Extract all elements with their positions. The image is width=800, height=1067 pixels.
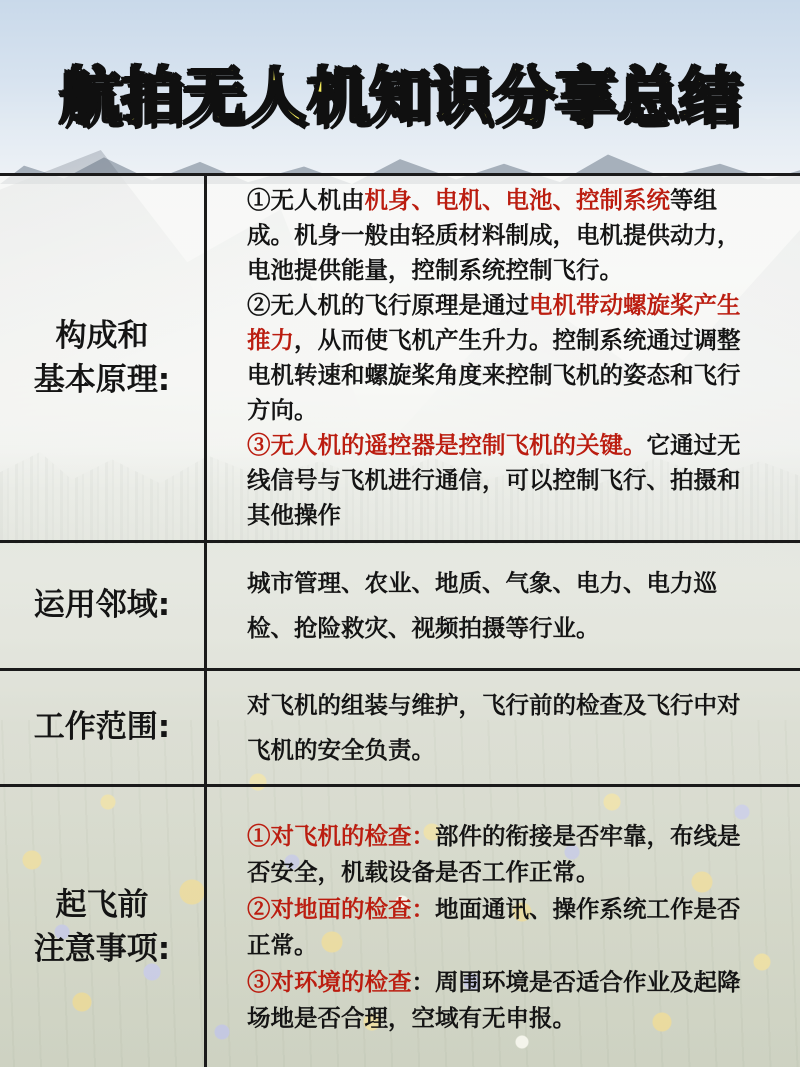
row-content-composition-principle: ①无人机由机身、电机、电池、控制系统等组成。机身一般由轻质材料制成，电机提供动力… <box>207 176 800 540</box>
text-segment-black: ，从而使飞机产生升力。控制系统通过调整电机转速和螺旋桨角度来控制飞机的姿态和飞行… <box>247 326 741 424</box>
content-paragraph: ②无人机的飞行原理是通过电机带动螺旋桨产生推力，从而使飞机产生升力。控制系统通过… <box>247 288 752 428</box>
row-content-preflight-notes: ①对飞机的检查：部件的衔接是否牢靠，布线是否安全，机载设备是否工作正常。②对地面… <box>207 787 800 1067</box>
text-segment-black: ①无人机由 <box>247 186 365 214</box>
label-line: 运用邻域: <box>34 583 170 627</box>
infographic-page: 航拍无人机知识分享总结 构成和基本原理:①无人机由机身、电机、电池、控制系统等组… <box>0 0 800 1067</box>
label-line: 工作范围: <box>34 705 170 749</box>
table-row-preflight-notes: 起飞前注意事项:①对飞机的检查：部件的衔接是否牢靠，布线是否安全，机载设备是否工… <box>0 784 800 1067</box>
content-paragraph: ③对环境的检查：周围环境是否适合作业及起降场地是否合理，空域有无申报。 <box>247 964 752 1037</box>
table-row-work-scope: 工作范围:对飞机的组装与维护，飞行前的检查及飞行中对飞机的安全负责。 <box>0 668 800 784</box>
text-segment-red: ③无人机的遥控器是控制飞机的关键。 <box>247 431 647 459</box>
text-segment-red: ②对地面的检查： <box>247 895 435 923</box>
content-paragraph: 对飞机的组装与维护，飞行前的检查及飞行中对飞机的安全负责。 <box>247 683 752 773</box>
content-paragraph: ③无人机的遥控器是控制飞机的关键。它通过无线信号与飞机进行通信，可以控制飞行、拍… <box>247 428 752 533</box>
label-line: 注意事项: <box>34 927 170 971</box>
text-segment-black: 对飞机的组装与维护，飞行前的检查及飞行中对飞机的安全负责。 <box>247 691 741 764</box>
label-line: 起飞前 <box>56 883 149 927</box>
content-paragraph: ①对飞机的检查：部件的衔接是否牢靠，布线是否安全，机载设备是否工作正常。 <box>247 818 752 891</box>
content-paragraph: 城市管理、农业、地质、气象、电力、电力巡检、抢险救灾、视频拍摄等行业。 <box>247 561 752 651</box>
label-line: 基本原理: <box>34 358 170 402</box>
page-title: 航拍无人机知识分享总结 <box>0 48 800 135</box>
table-row-application-fields: 运用邻域:城市管理、农业、地质、气象、电力、电力巡检、抢险救灾、视频拍摄等行业。 <box>0 540 800 668</box>
row-label-work-scope: 工作范围: <box>0 671 207 784</box>
info-table: 构成和基本原理:①无人机由机身、电机、电池、控制系统等组成。机身一般由轻质材料制… <box>0 173 800 1067</box>
content-paragraph: ②对地面的检查：地面通讯、操作系统工作是否正常。 <box>247 891 752 964</box>
text-segment-black: 城市管理、农业、地质、气象、电力、电力巡检、抢险救灾、视频拍摄等行业。 <box>247 569 717 642</box>
text-segment-black: ②无人机的飞行原理是通过 <box>247 291 529 319</box>
label-line: 构成和 <box>56 314 149 358</box>
row-label-composition-principle: 构成和基本原理: <box>0 176 207 540</box>
text-segment-red: ③对环境的检查 <box>247 968 412 996</box>
text-segment-red: ①对飞机的检查： <box>247 822 435 850</box>
row-label-application-fields: 运用邻域: <box>0 543 207 668</box>
table-row-composition-principle: 构成和基本原理:①无人机由机身、电机、电池、控制系统等组成。机身一般由轻质材料制… <box>0 176 800 540</box>
row-content-application-fields: 城市管理、农业、地质、气象、电力、电力巡检、抢险救灾、视频拍摄等行业。 <box>207 543 800 668</box>
text-segment-red: 机身、电机、电池、控制系统 <box>365 186 671 214</box>
row-content-work-scope: 对飞机的组装与维护，飞行前的检查及飞行中对飞机的安全负责。 <box>207 671 800 784</box>
row-label-preflight-notes: 起飞前注意事项: <box>0 787 207 1067</box>
content-paragraph: ①无人机由机身、电机、电池、控制系统等组成。机身一般由轻质材料制成，电机提供动力… <box>247 183 752 288</box>
